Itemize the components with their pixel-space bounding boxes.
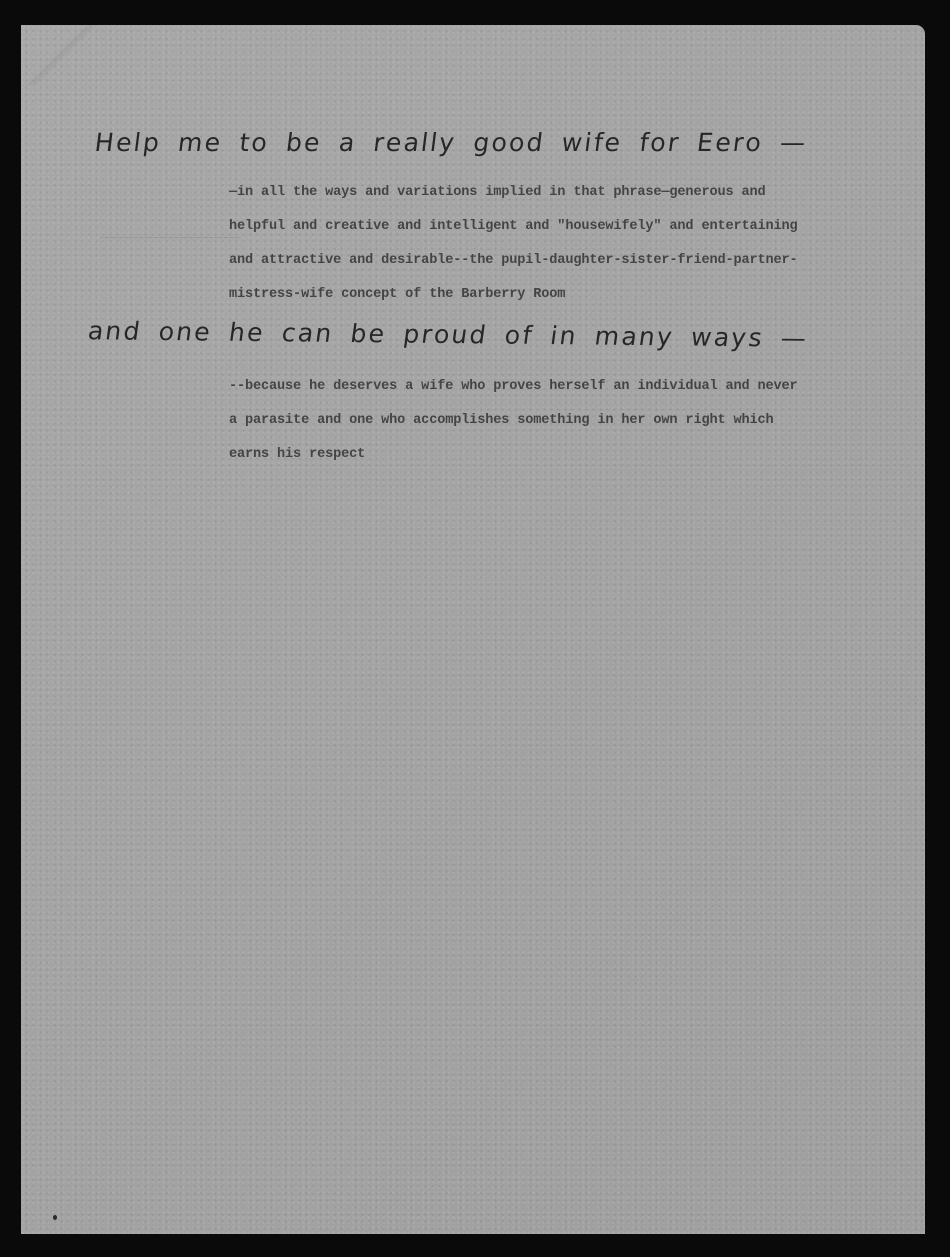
typed-line: a parasite and one who accomplishes some… — [229, 404, 798, 438]
typed-paragraph-2: --because he deserves a wife who proves … — [229, 370, 798, 472]
typed-line: and attractive and desirable--the pupil-… — [229, 244, 798, 278]
typed-line: —in all the ways and variations implied … — [229, 176, 798, 210]
typed-line: mistress-wife concept of the Barberry Ro… — [229, 278, 798, 312]
paper-crease — [21, 25, 101, 85]
typed-line: --because he deserves a wife who proves … — [229, 370, 798, 404]
typed-paragraph-1: —in all the ways and variations implied … — [229, 176, 798, 312]
typed-line: earns his respect — [229, 438, 798, 472]
handwritten-heading-1: Help me to be a really good wife for Eer… — [94, 128, 808, 157]
faint-line — [100, 237, 240, 238]
paper-speck — [53, 1215, 57, 1220]
typed-line: helpful and creative and intelligent and… — [229, 210, 798, 244]
